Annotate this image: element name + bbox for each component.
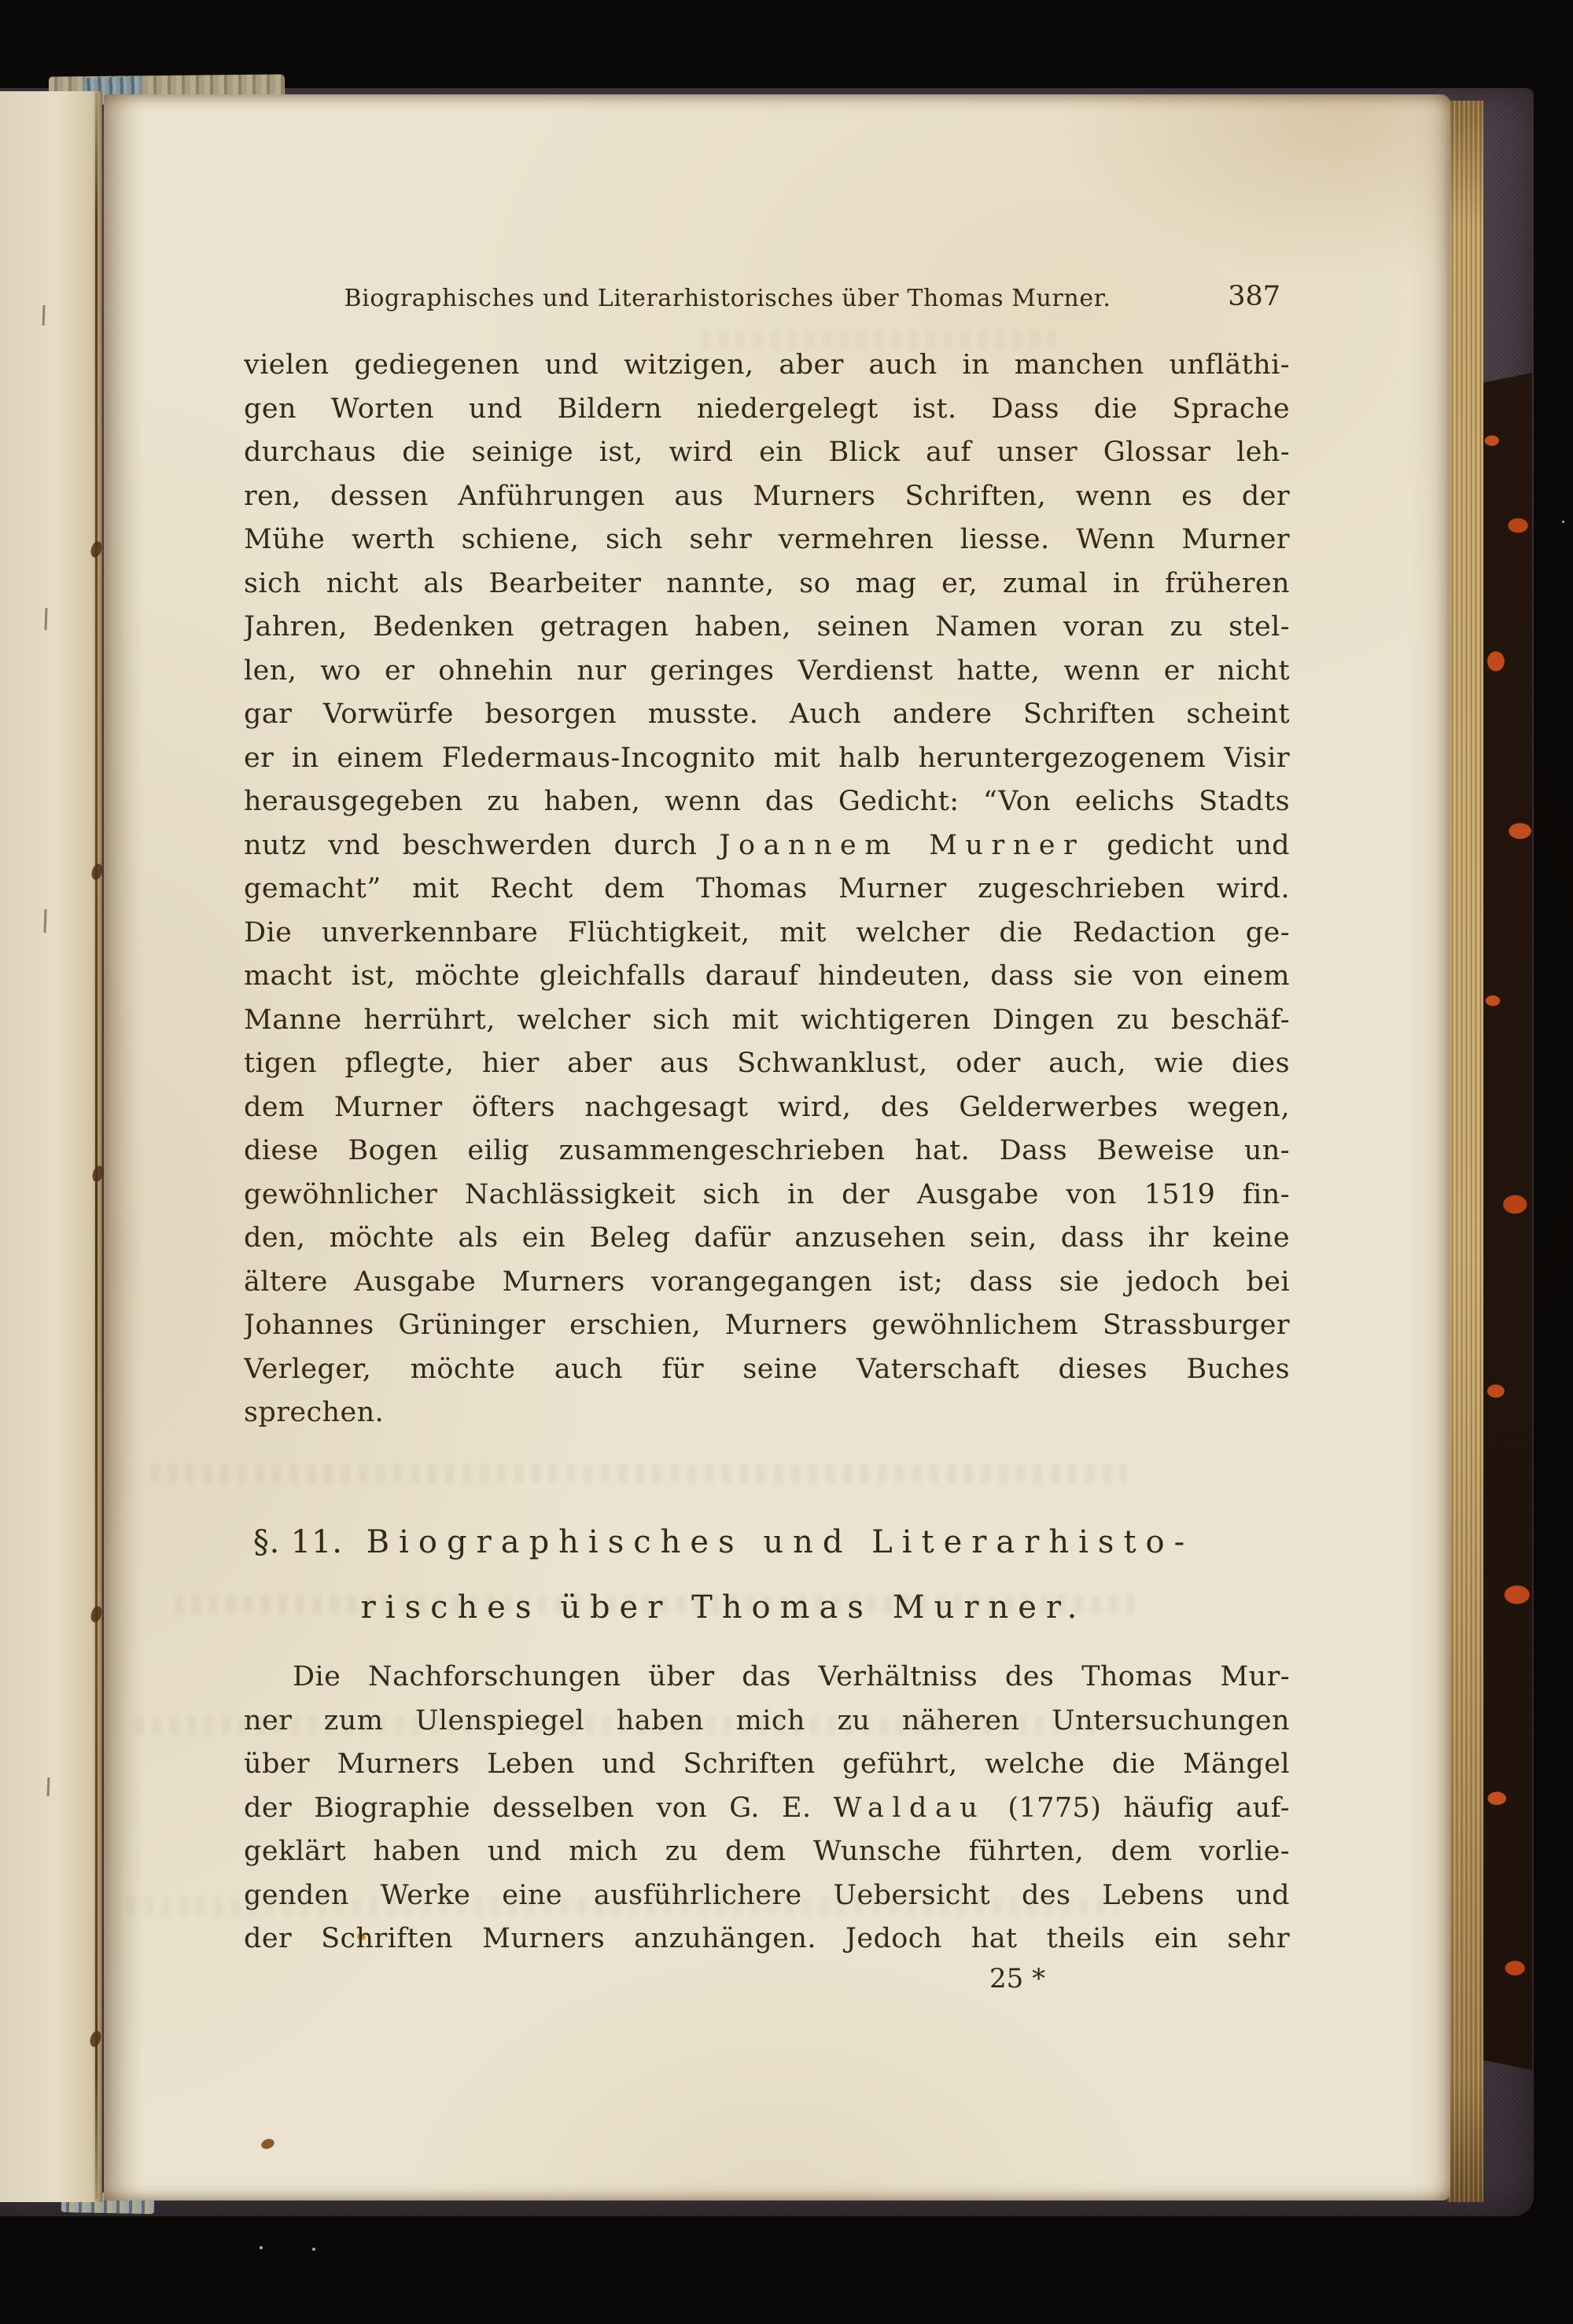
text-line: Verleger, möchte auch für seine Vatersch… — [244, 1348, 1290, 1392]
text-line: gar Vorwürfe besorgen musste. Auch ander… — [244, 693, 1290, 737]
text-line: Manne herrührt, welcher sich mit wichtig… — [244, 999, 1290, 1043]
text-line: Mühe werth schiene, sich sehr vermehren … — [244, 518, 1290, 562]
text-line: er in einem Fledermaus-Incognito mit hal… — [244, 737, 1290, 781]
text-segment: gedicht und — [1085, 830, 1290, 861]
gutter-seam-thread — [95, 93, 98, 2199]
text-line: tigen pflegte, hier aber aus Schwanklust… — [244, 1042, 1290, 1086]
letterspaced-name: Joannem Murner — [719, 830, 1085, 861]
text-line: ren, dessen Anführungen aus Murners Schr… — [244, 475, 1290, 519]
text-line: geklärt haben und mich zu dem Wunsche fü… — [244, 1830, 1290, 1874]
text-line: macht ist, möchte gleichfalls darauf hin… — [244, 955, 1290, 999]
facing-page-edge — [0, 91, 102, 2202]
text-line: der Biographie desselben von G. E. Walda… — [244, 1787, 1290, 1831]
text-line: sprechen. — [244, 1391, 1290, 1435]
section-title-part1: Biographisches und Literarhisto- — [367, 1524, 1194, 1560]
signature-mark: 25 * — [989, 1963, 1045, 1994]
stain-speck — [260, 2137, 275, 2150]
section-heading-line2: risches über Thomas Murner. — [201, 1575, 1247, 1641]
section-number: §. 11. — [253, 1524, 343, 1560]
text-segment: nutz vnd beschwerden durch — [244, 830, 719, 861]
marbled-cover-paper — [1482, 373, 1532, 2070]
book-scan-photo: Biographisches und Literarhistorisches ü… — [0, 0, 1573, 2324]
text-line: gewöhnlicher Nachlässigkeit sich in der … — [244, 1173, 1290, 1217]
page-header: Biographisches und Literarhistorisches ü… — [244, 283, 1290, 316]
section-heading-line1: §. 11.Biographisches und Literarhisto- — [201, 1510, 1247, 1575]
body-paragraph-1: vielen gediegenen und witzigen, aber auc… — [244, 344, 1290, 1435]
text-segment: (1775) häufig auf- — [985, 1792, 1290, 1824]
text-line: Jahren, Bedenken getragen haben, seinen … — [244, 606, 1290, 650]
page-fore-edge — [1447, 101, 1483, 2202]
page-number: 387 — [1228, 281, 1280, 312]
text-line: dem Murner öfters nachgesagt wird, des G… — [244, 1086, 1290, 1130]
text-line: herausgegeben zu haben, wenn das Gedicht… — [244, 780, 1290, 824]
text-line: len, wo er ohnehin nur geringes Verdiens… — [244, 650, 1290, 694]
dust-speck — [1562, 521, 1564, 523]
text-line: vielen gediegenen und witzigen, aber auc… — [244, 344, 1290, 388]
text-line: sich nicht als Bearbeiter nannte, so mag… — [244, 562, 1290, 606]
bleed-through — [151, 1464, 1126, 1483]
signature-mark-row: 25 * — [244, 1963, 1290, 1994]
running-title: Biographisches und Literarhistorisches ü… — [204, 283, 1251, 315]
text-line: durchaus die seinige ist, wird ein Blick… — [244, 431, 1290, 475]
text-line: Die unverkennbare Flüchtigkeit, mit welc… — [244, 912, 1290, 956]
text-line: ältere Ausgabe Murners vorangegangen ist… — [244, 1261, 1290, 1305]
letterspaced-name: Waldau — [834, 1792, 986, 1824]
dust-speck — [312, 2248, 315, 2251]
text-line: diese Bogen eilig zusammengeschrieben ha… — [244, 1129, 1290, 1173]
dust-speck — [260, 2246, 263, 2249]
text-line: nutz vnd beschwerden durch Joannem Murne… — [244, 824, 1290, 868]
text-segment: der Biographie desselben von G. E. — [244, 1792, 834, 1824]
text-line: gemacht” mit Recht dem Thomas Murner zug… — [244, 867, 1290, 912]
text-line: der Schriften Murners anzuhängen. Jedoch… — [244, 1917, 1290, 1961]
body-paragraph-2: Die Nachforschungen über das Verhältniss… — [244, 1656, 1290, 1961]
text-line: den, möchte als ein Beleg dafür anzusehe… — [244, 1217, 1290, 1261]
text-line: ner zum Ulenspiegel haben mich zu nähere… — [244, 1700, 1290, 1744]
text-line: genden Werke eine ausführlichere Uebersi… — [244, 1874, 1290, 1918]
text-line: gen Worten und Bildern niedergelegt ist.… — [244, 388, 1290, 432]
section-heading: §. 11.Biographisches und Literarhisto- r… — [201, 1510, 1247, 1641]
book-page: Biographisches und Literarhistorisches ü… — [104, 94, 1450, 2201]
text-line: Die Nachforschungen über das Verhältniss… — [244, 1656, 1290, 1700]
text-line: Johannes Grüninger erschien, Murners gew… — [244, 1304, 1290, 1348]
text-line: über Murners Leben und Schriften geführt… — [244, 1743, 1290, 1787]
